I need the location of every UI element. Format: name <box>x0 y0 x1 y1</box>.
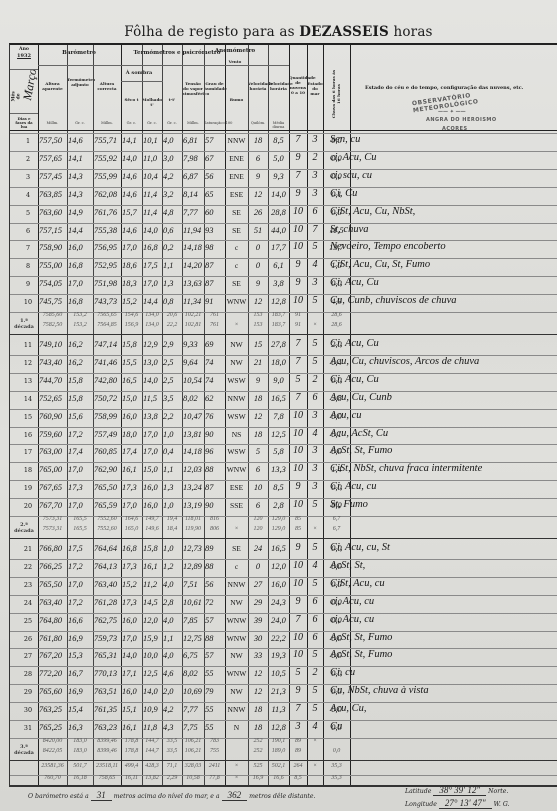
decade-total-cell: 154,6 <box>122 312 141 318</box>
column-header: t-t' <box>162 97 182 102</box>
data-cell: 15,9 <box>143 634 161 643</box>
month-total-cell: 264 <box>290 763 306 769</box>
data-cell: 88 <box>205 465 224 474</box>
data-cell: 14,9 <box>68 208 92 217</box>
data-cell: 12,75 <box>183 634 203 643</box>
data-cell: 761,76 <box>94 208 120 217</box>
data-cell: 14,0 <box>143 687 161 696</box>
decade-mean-cell: 102,81 <box>183 322 203 328</box>
data-cell: 765,60 <box>39 687 66 696</box>
sky-description: St, Fumo <box>330 499 368 510</box>
data-cell: 16,1 <box>122 465 141 474</box>
data-cell: 0,2 <box>163 243 181 252</box>
data-cell: 9 <box>249 376 267 385</box>
data-cell: 758,90 <box>39 243 66 252</box>
data-cell: 14,0 <box>269 190 288 199</box>
stamp-divider: —— ✦ —— <box>438 109 466 115</box>
data-cell: 5 <box>308 542 322 553</box>
longitude-line: Longitude 27° 13' 47" W. G. <box>405 798 510 808</box>
data-cell: 5 <box>290 667 306 678</box>
data-cell: 16,9 <box>68 687 92 696</box>
column-header: Termómetro adjunto <box>67 77 93 87</box>
data-cell: 14,18 <box>183 447 203 456</box>
data-cell: 1,2 <box>163 562 181 571</box>
data-cell: 10 <box>290 578 306 589</box>
title-hour: DEZASSEIS <box>299 24 389 40</box>
data-cell: 6 <box>249 154 267 163</box>
data-cell: 15,0 <box>143 465 161 474</box>
data-cell: 10,4 <box>143 172 161 181</box>
table-row: 21766,8017,5764,6416,815,81,012,7389SE24… <box>10 541 557 559</box>
data-cell: 759,73 <box>94 634 120 643</box>
decade-total-cell: 183,7 <box>269 312 288 318</box>
stamp-region: AÇORES <box>442 126 468 132</box>
sky-description: Acu, Cu, <box>330 703 366 714</box>
data-cell: 755,71 <box>94 136 120 145</box>
data-cell: 2,8 <box>163 598 181 607</box>
longitude-direction: W. G. <box>494 801 510 808</box>
sky-description: AcSt, St, Fumo <box>330 649 392 660</box>
data-cell: 7 <box>290 134 306 145</box>
data-cell: 13,81 <box>183 430 203 439</box>
data-cell: 16,1 <box>122 723 141 732</box>
data-cell: 761,35 <box>94 705 120 714</box>
data-cell: 3,8 <box>269 279 288 288</box>
data-cell: 16,6 <box>68 616 92 625</box>
decade-total-cell: 85 <box>290 516 306 522</box>
data-cell: 14,5 <box>143 598 161 607</box>
decade-mean-cell: 7582,50 <box>39 322 66 328</box>
data-cell: 6,75 <box>183 651 203 660</box>
data-cell: 12 <box>249 190 267 199</box>
data-cell: 27 <box>249 580 267 589</box>
data-cell: 4,0 <box>163 616 181 625</box>
data-cell: 2,2 <box>163 412 181 421</box>
month-total-cell: 23518,11 <box>94 763 120 769</box>
column-unit: Gr. c. <box>121 121 142 125</box>
data-cell: 10,54 <box>183 376 203 385</box>
header-rule <box>10 113 38 114</box>
data-cell: 16,0 <box>143 501 161 510</box>
latitude-line: Latitude 38° 39' 12" Norte. <box>405 785 508 795</box>
data-cell: 26 <box>249 208 267 217</box>
table-row: 17763,0017,4760,8517,417,00,414,1896WSW5… <box>10 444 557 462</box>
header-rule <box>121 81 163 82</box>
data-cell: 3 <box>308 188 322 199</box>
column-unit: Millm. <box>93 121 121 125</box>
data-cell: c <box>226 261 247 270</box>
data-cell: WSW <box>226 412 247 421</box>
data-cell: 4,0 <box>163 136 181 145</box>
data-cell: 14,4 <box>68 226 92 235</box>
data-cell: 10 <box>290 410 306 421</box>
data-cell: 18,6 <box>122 261 141 270</box>
decade-total-cell: 106,21 <box>183 738 203 744</box>
decade-total-cell: 33,5 <box>163 738 181 744</box>
data-cell: 0,8 <box>163 297 181 306</box>
data-cell: 16,7 <box>68 669 92 678</box>
header-rule <box>10 69 38 70</box>
data-cell: 5,0 <box>269 154 288 163</box>
data-cell: 17,2 <box>68 430 92 439</box>
data-cell: 764,80 <box>39 616 66 625</box>
row-rule <box>10 760 557 761</box>
decade-mean-cell: 153,2 <box>68 322 92 328</box>
data-cell: 9 <box>290 542 306 553</box>
month-total-cell: 502,1 <box>269 763 288 769</box>
data-cell: 10 <box>290 428 306 439</box>
data-cell: 17,0 <box>68 279 92 288</box>
data-cell: 1,1 <box>163 261 181 270</box>
table-row: 27767,2015,3765,3114,010,04,06,7557NW331… <box>10 648 557 666</box>
data-cell: 2 <box>308 667 322 678</box>
data-cell: WSW <box>226 376 247 385</box>
decade-mean-cell: 7573,31 <box>39 526 66 532</box>
month-total-cell: 23581,36 <box>39 763 66 769</box>
data-cell: 17,0 <box>122 501 141 510</box>
sky-description: Ci, Acu, cu <box>330 481 376 492</box>
data-cell: 17,2 <box>68 598 92 607</box>
decade-total-cell: 165,5 <box>68 516 92 522</box>
data-cell: 767,70 <box>39 501 66 510</box>
data-cell: WNW <box>226 616 247 625</box>
data-cell: 14,18 <box>183 243 203 252</box>
month-total-cell: 71,1 <box>163 763 181 769</box>
decade-mean-cell: 0,0 <box>324 748 349 754</box>
data-cell: 17,0 <box>122 634 141 643</box>
data-cell: 766,25 <box>39 562 66 571</box>
decade-mean-cell: 165,0 <box>122 526 141 532</box>
decade-mean-cell: 8422,05 <box>39 748 66 754</box>
column-header: Estado do mar <box>307 81 323 96</box>
data-cell: 1,3 <box>163 279 181 288</box>
day-number: 24 <box>20 599 36 607</box>
data-cell: 8,02 <box>183 669 203 678</box>
data-cell: NW <box>226 340 247 349</box>
month-total-cell: × <box>226 763 247 769</box>
column-header: Altura correcta <box>93 81 121 91</box>
decade-total-cell: 7565,65 <box>94 312 120 318</box>
data-cell: 16,5 <box>122 376 141 385</box>
data-cell: 763,60 <box>39 208 66 217</box>
data-cell: 761,28 <box>94 598 120 607</box>
data-cell: 3 <box>308 445 322 456</box>
data-cell: 14,1 <box>122 136 141 145</box>
data-cell: 9,33 <box>183 340 203 349</box>
table-row: 25764,8016,6762,7516,012,04,07,8557WNW39… <box>10 613 557 631</box>
data-cell: 12,73 <box>183 544 203 553</box>
day-number: 9 <box>20 280 36 288</box>
data-cell: 16,0 <box>143 483 161 492</box>
data-cell: 10 <box>290 463 306 474</box>
sky-description: CiSt, Acu, Cu, NbSt, <box>330 206 415 217</box>
data-cell: 10 <box>290 224 306 235</box>
decade-mean-cell: × <box>308 322 322 328</box>
data-cell: NW <box>226 598 247 607</box>
table-row: 19767,6517,3765,5017,316,01,313,2487ESE1… <box>10 480 557 498</box>
table-row: 11749,1016,2747,1415,812,92,99,3369NW152… <box>10 337 557 355</box>
data-cell: 79 <box>205 687 224 696</box>
data-cell: 747,14 <box>94 340 120 349</box>
data-cell: 10 <box>290 445 306 456</box>
data-cell: 763,00 <box>39 447 66 456</box>
data-cell: 754,05 <box>39 279 66 288</box>
decade-total-cell: 102,21 <box>183 312 203 318</box>
data-cell: 14,4 <box>143 297 161 306</box>
day-number: 4 <box>20 191 36 199</box>
sky-description: ci, Acu, cu <box>330 614 374 625</box>
data-cell: 7,75 <box>183 723 203 732</box>
data-cell: 3 <box>308 277 322 288</box>
data-cell: 17,3 <box>68 483 92 492</box>
data-cell: 16,9 <box>68 634 92 643</box>
data-cell: 62 <box>205 394 224 403</box>
data-cell: 12,03 <box>183 465 203 474</box>
data-cell: 7 <box>290 338 306 349</box>
data-cell: 749,10 <box>39 340 66 349</box>
decade-total-cell: 153 <box>249 312 267 318</box>
data-cell: 15,8 <box>122 340 141 349</box>
data-cell: 10 <box>290 632 306 643</box>
data-cell: 55 <box>205 705 224 714</box>
decade-total-cell: 89 <box>290 738 306 744</box>
data-cell: 7 <box>290 703 306 714</box>
month-mean-cell: 16,18 <box>68 775 92 781</box>
decade-mean-cell: 165,5 <box>68 526 92 532</box>
barometer-note-mid: metros acima do nível do mar, e a <box>114 793 220 800</box>
decade-total-cell: 783 <box>205 738 224 744</box>
decade-total-cell: 120 <box>249 516 267 522</box>
data-cell: 16,8 <box>68 261 92 270</box>
day-number: 25 <box>20 617 36 625</box>
data-cell: 10 <box>290 295 306 306</box>
data-cell: 759,60 <box>39 430 66 439</box>
decade-mean-cell: 144,7 <box>143 748 161 754</box>
data-cell: 3 <box>308 170 322 181</box>
data-cell: 5 <box>308 578 322 589</box>
data-cell: 11,4 <box>143 190 161 199</box>
decade-mean-cell: 119,90 <box>183 526 203 532</box>
data-cell: 5 <box>308 499 322 510</box>
day-number: 6 <box>20 227 36 235</box>
data-cell: ENE <box>226 154 247 163</box>
data-cell: 4,8 <box>163 208 181 217</box>
month-mean-cell: 758,65 <box>94 775 120 781</box>
column-unit: Quilóm. <box>248 121 268 125</box>
data-cell: 5 <box>308 241 322 252</box>
data-cell: 2,9 <box>163 340 181 349</box>
data-cell: 760,90 <box>39 412 66 421</box>
table-row: 4763,8514,3762,0814,611,43,28,1465ESE121… <box>10 187 557 205</box>
stamp-city: ANGRA DO HEROISMO <box>426 117 497 123</box>
decade-mean-cell: × <box>226 526 247 532</box>
sky-description: Ci, Acu, Cu <box>330 374 379 385</box>
column-header: Altura aparente <box>38 81 67 91</box>
table-row: 5763,6014,9761,7615,711,44,87,7760SE2628… <box>10 205 557 223</box>
decade-mean-cell: 85 <box>290 526 306 532</box>
data-cell: 7,77 <box>183 705 203 714</box>
data-cell: 11,0 <box>143 154 161 163</box>
data-cell: 13,0 <box>143 358 161 367</box>
data-cell: 65 <box>205 190 224 199</box>
day-number: 13 <box>20 377 36 385</box>
data-cell: WNW <box>226 669 247 678</box>
data-cell: 4,6 <box>163 669 181 678</box>
data-cell: 9 <box>290 259 306 270</box>
table-row: 20767,7017,0765,5917,016,01,013,1990SSE6… <box>10 498 557 516</box>
data-cell: 6 <box>249 465 267 474</box>
data-cell: 87 <box>205 483 224 492</box>
data-cell: 74 <box>205 376 224 385</box>
data-cell: 7,98 <box>183 154 203 163</box>
data-cell: 756,95 <box>94 243 120 252</box>
day-number: 29 <box>20 688 36 696</box>
sky-description: Sen, cu <box>330 134 360 145</box>
barometer-note-pre: O barómetro está a <box>28 793 89 800</box>
register-table: Ano 1932 Mês de Março Dias e fases da lu… <box>9 43 557 787</box>
data-cell: 3 <box>290 721 306 732</box>
table-row: 12743,4016,2741,4615,513,02,59,6474NW211… <box>10 355 557 373</box>
latitude-value: 38° 39' 12" <box>433 785 486 796</box>
sky-description: AcSt, St, Fumo <box>330 632 392 643</box>
data-cell: 6 <box>308 392 322 403</box>
data-cell: 5 <box>308 356 322 367</box>
data-cell: 0 <box>249 562 267 571</box>
sky-description: CiSt, NbSt, chuva fraca intermitente <box>330 463 482 474</box>
data-cell: 5 <box>308 338 322 349</box>
title-prefix: Fôlha de registo para as <box>124 24 294 40</box>
data-cell: 16,0 <box>122 687 141 696</box>
data-cell: 17,0 <box>68 501 92 510</box>
data-cell: 0,6 <box>163 226 181 235</box>
data-cell: 0,4 <box>163 447 181 456</box>
data-cell: 11,2 <box>143 580 161 589</box>
data-cell: WNW <box>226 465 247 474</box>
data-cell: 74 <box>205 358 224 367</box>
longitude-value: 27° 13' 47" <box>439 798 492 809</box>
data-cell: 76 <box>205 412 224 421</box>
decade-mean-cell: 91 <box>290 322 306 328</box>
month-mean-cell: 16,11 <box>122 775 141 781</box>
data-cell: 3 <box>308 463 322 474</box>
data-cell: 72 <box>205 598 224 607</box>
data-cell: 743,73 <box>94 297 120 306</box>
data-cell: 10 <box>290 560 306 571</box>
decade-total-cell: 118,01 <box>183 516 203 522</box>
sky-description: CiSt, Acu, Cu, St, Fumo <box>330 259 430 270</box>
data-cell: 3 <box>308 410 322 421</box>
data-cell: 6 <box>308 596 322 607</box>
header-rule <box>121 65 225 66</box>
data-cell: 12,0 <box>269 562 288 571</box>
decade-total-cell: 8420,00 <box>39 738 66 744</box>
decade-mean-cell: 120 <box>249 526 267 532</box>
header-bottom-rule <box>10 130 557 131</box>
month-mean-cell: 16,6 <box>269 775 288 781</box>
data-cell: 12 <box>249 687 267 696</box>
table-row: 9754,0517,0751,9818,317,01,313,6387SE93,… <box>10 276 557 294</box>
decade-mean-cell: 33,5 <box>163 748 181 754</box>
data-cell: 762,75 <box>94 616 120 625</box>
data-cell: 765,50 <box>94 483 120 492</box>
column-unit: Média diurna <box>268 121 289 129</box>
data-cell: 7,85 <box>183 616 203 625</box>
data-cell: 87 <box>205 279 224 288</box>
data-cell: 5 <box>308 685 322 696</box>
decade-total-cell: 20,6 <box>163 312 181 318</box>
data-cell: ESE <box>226 483 247 492</box>
decade-mean-cell: 106,21 <box>183 748 203 754</box>
data-cell: SE <box>226 544 247 553</box>
data-cell: 17,0 <box>143 279 161 288</box>
decade-mean-cell: × <box>226 322 247 328</box>
day-number: 31 <box>20 724 36 732</box>
data-cell: 27,8 <box>269 340 288 349</box>
data-cell: 14,6 <box>122 226 141 235</box>
data-cell: 15,8 <box>68 394 92 403</box>
data-cell: 10 <box>290 499 306 510</box>
data-cell: 91 <box>205 297 224 306</box>
data-cell: 21 <box>249 358 267 367</box>
day-number: 12 <box>20 359 36 367</box>
data-cell: 10,0 <box>143 651 161 660</box>
data-cell: 7,8 <box>269 412 288 421</box>
decade-total-cell: 164,6 <box>122 516 141 522</box>
data-cell: 16,0 <box>122 616 141 625</box>
data-cell: 24,0 <box>269 616 288 625</box>
decade-label: 1.ª década <box>12 318 36 330</box>
table-row: 3757,4514,3755,9914,610,44,26,8756ENE99,… <box>10 169 557 187</box>
data-cell: 12,5 <box>143 669 161 678</box>
header-rule <box>225 65 289 66</box>
barometer-group: Barómetro <box>38 51 120 56</box>
data-cell: 16,5 <box>269 544 288 553</box>
sky-description: Acu, AcSt, Cu <box>330 428 388 439</box>
data-cell: 56 <box>205 580 224 589</box>
data-cell: 9 <box>290 685 306 696</box>
decade-total-cell: 7585,60 <box>39 312 66 318</box>
decade-mean-cell: × <box>308 526 322 532</box>
decade-total-cell: 28,6 <box>324 312 349 318</box>
data-cell: 93 <box>205 226 224 235</box>
table-row: 8755,0016,8752,9518,617,51,114,2087c06,1… <box>10 258 557 276</box>
decade-label: 2.ª década <box>12 522 36 534</box>
data-cell: c <box>226 562 247 571</box>
month-total-cell: 2411 <box>205 763 224 769</box>
decade-mean-cell: 129,0 <box>269 526 288 532</box>
data-cell: 15,4 <box>68 705 92 714</box>
data-cell: 4,0 <box>163 580 181 589</box>
data-cell: 762,90 <box>94 465 120 474</box>
data-cell: 1,0 <box>163 544 181 553</box>
data-cell: 18,3 <box>122 279 141 288</box>
day-number: 7 <box>20 244 36 252</box>
data-cell: 8,02 <box>183 394 203 403</box>
data-cell: NS <box>226 430 247 439</box>
decade-total-cell: 252 <box>249 738 267 744</box>
data-cell: 12,89 <box>183 562 203 571</box>
sky-description: AcSt, St, Fumo <box>330 445 392 456</box>
data-cell: c <box>226 243 247 252</box>
data-cell: WNW <box>226 297 247 306</box>
data-cell: 14,0 <box>143 226 161 235</box>
data-cell: 757,49 <box>94 430 120 439</box>
data-cell: 4 <box>308 560 322 571</box>
decade-mean-cell: 7552,60 <box>94 526 120 532</box>
data-cell: 6 <box>249 501 267 510</box>
data-cell: 757,50 <box>39 136 66 145</box>
data-cell: 3 <box>308 134 322 145</box>
